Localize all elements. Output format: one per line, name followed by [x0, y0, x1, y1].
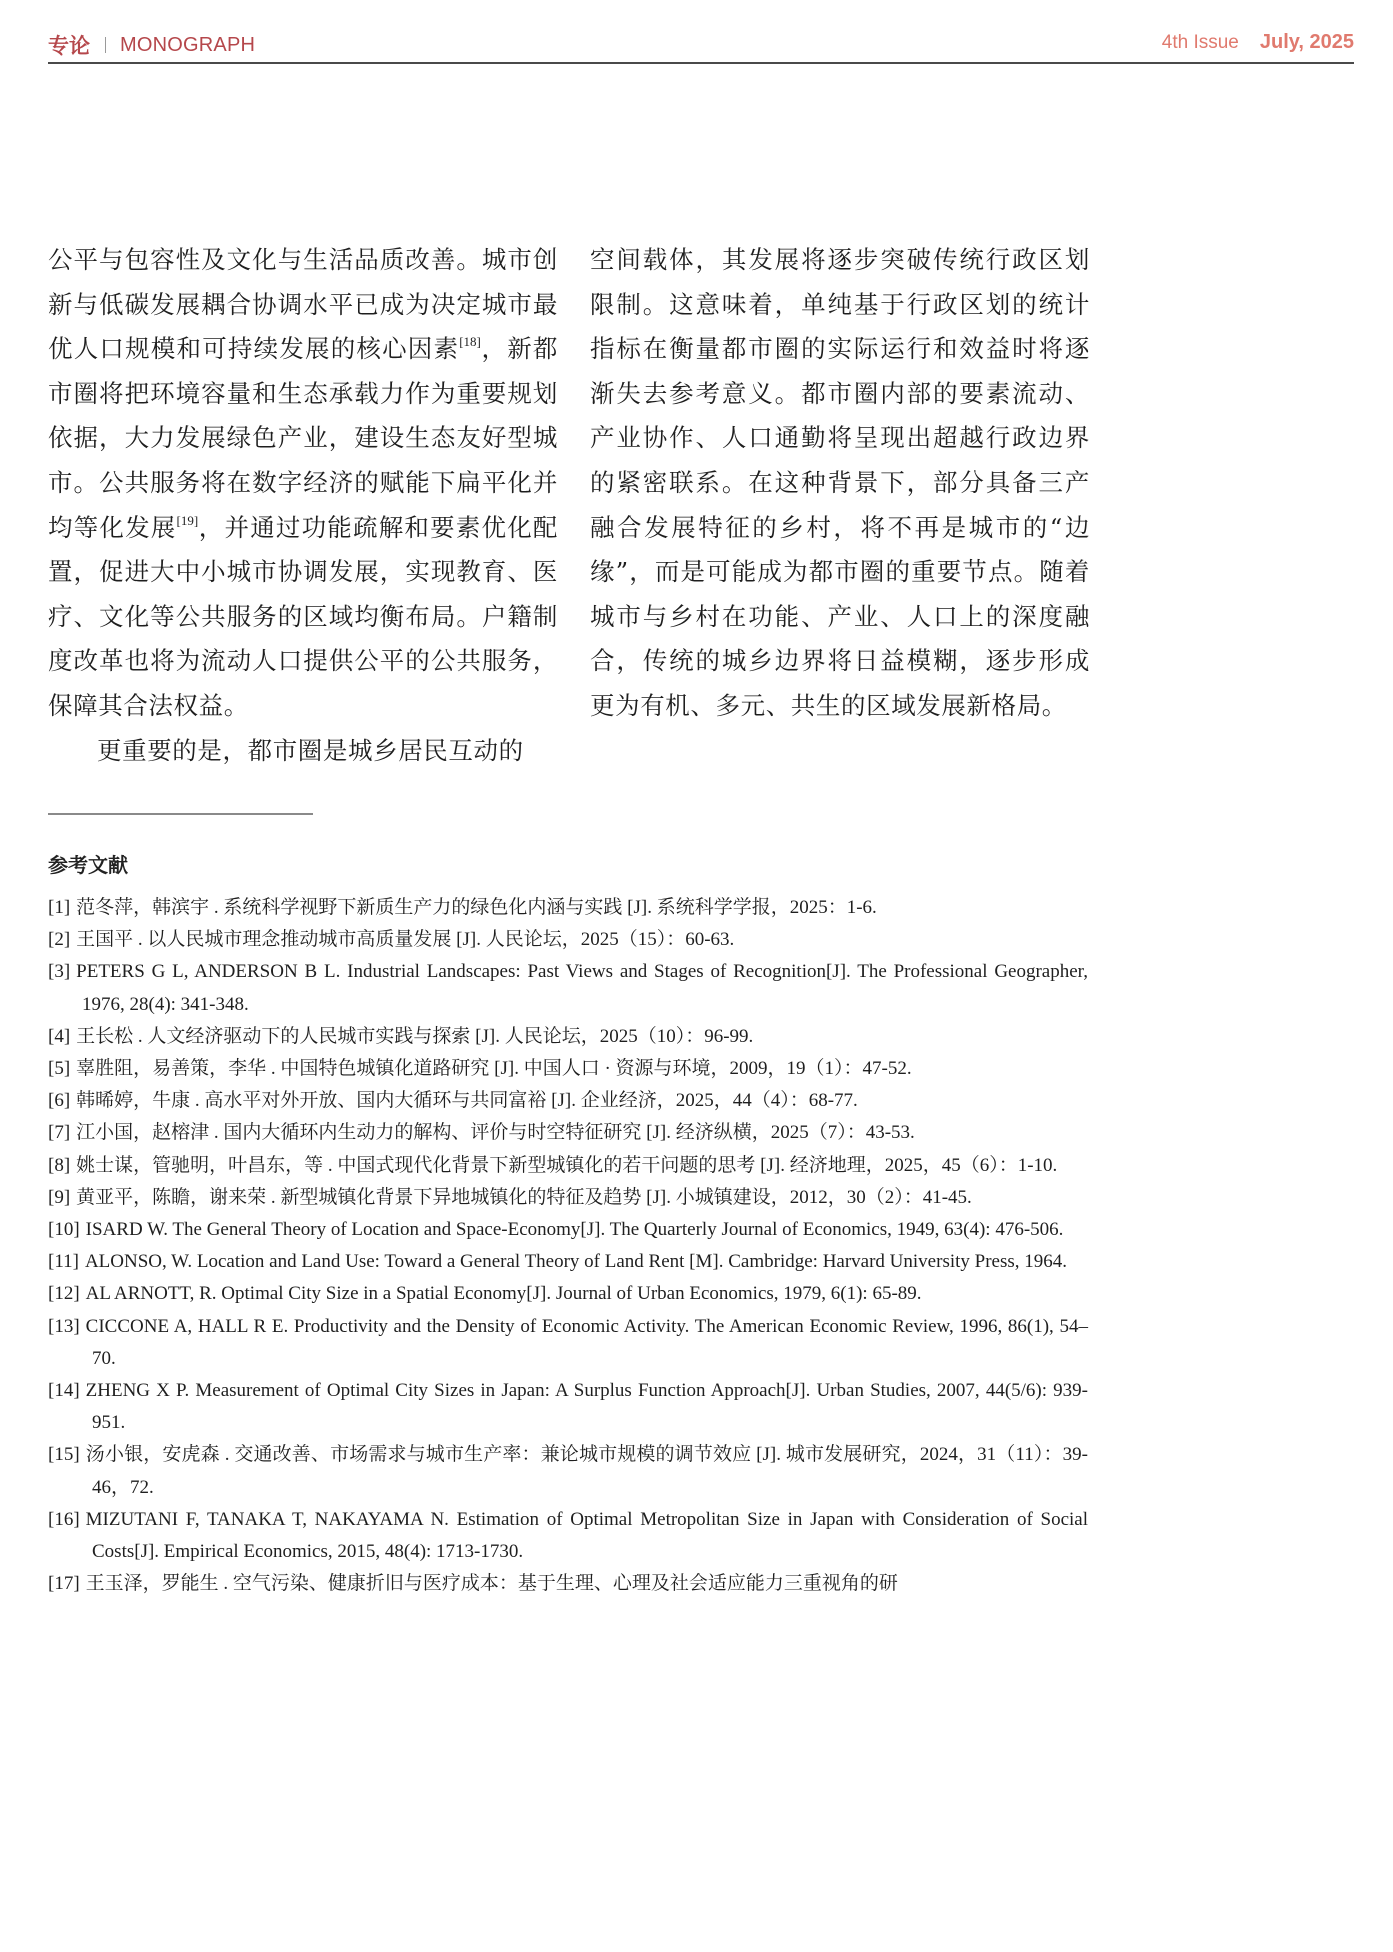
reference-text: ALONSO, W. Location and Land Use: Toward… [85, 1251, 1067, 1272]
reference-text: MIZUTANI F, TANAKA T, NAKAYAMA N. Estima… [86, 1509, 1088, 1562]
reference-number: [14] [48, 1380, 80, 1401]
reference-number: [4] [48, 1026, 70, 1047]
reference-text: 王长松 . 人文经济驱动下的人民城市实践与探索 [J]. 人民论坛，2025（1… [76, 1026, 753, 1047]
reference-item: [14]ZHENG X P. Measurement of Optimal Ci… [48, 1375, 1088, 1439]
section-label: 专论 MONOGRAPH [48, 30, 255, 60]
section-title-cn: 专论 [48, 30, 90, 60]
reference-number: [12] [48, 1283, 80, 1304]
paragraph-text: ，并通过功能疏解和要素优化配置，促进大中小城市协调发展，实现教育、医疗、文化等公… [48, 513, 558, 720]
article-body: 公平与包容性及文化与生活品质改善。城市创新与低碳发展耦合协调水平已成为决定城市最… [48, 238, 1360, 773]
paragraph-text: ，新都市圈将把环境容量和生态承载力作为重要规划依据，大力发展绿色产业，建设生态友… [48, 334, 558, 541]
issue-number: 4th Issue [1162, 32, 1239, 54]
reference-text: 韩晞婷，牛康 . 高水平对外开放、国内大循环与共同富裕 [J]. 企业经济，20… [76, 1090, 858, 1111]
reference-number: [8] [48, 1155, 70, 1176]
section-title-en: MONOGRAPH [120, 34, 255, 57]
reference-number: [5] [48, 1058, 70, 1079]
reference-item: [15]汤小银，安虎森 . 交通改善、市场需求与城市生产率：兼论城市规模的调节效… [48, 1439, 1088, 1503]
reference-number: [13] [48, 1316, 80, 1337]
reference-number: [6] [48, 1090, 70, 1111]
reference-text: 王玉泽，罗能生 . 空气污染、健康折旧与医疗成本：基于生理、心理及社会适应能力三… [86, 1573, 898, 1594]
reference-text: AL ARNOTT, R. Optimal City Size in a Spa… [86, 1283, 922, 1304]
issue-info: 4th Issue July, 2025 [1162, 31, 1354, 54]
reference-item: [16]MIZUTANI F, TANAKA T, NAKAYAMA N. Es… [48, 1504, 1088, 1568]
reference-number: [10] [48, 1219, 80, 1240]
reference-text: ISARD W. The General Theory of Location … [86, 1219, 1064, 1240]
right-column: 空间载体，其发展将逐步突破传统行政区划限制。这意味着，单纯基于行政区划的统计指标… [590, 238, 1090, 773]
reference-item: [4]王长松 . 人文经济驱动下的人民城市实践与探索 [J]. 人民论坛，202… [48, 1021, 1088, 1053]
reference-item: [3]PETERS G L, ANDERSON B L. Industrial … [48, 956, 1088, 1020]
paragraph: 空间载体，其发展将逐步突破传统行政区划限制。这意味着，单纯基于行政区划的统计指标… [590, 238, 1090, 729]
reference-number: [7] [48, 1122, 70, 1143]
reference-text: CICCONE A, HALL R E. Productivity and th… [86, 1316, 1088, 1369]
reference-number: [11] [48, 1251, 79, 1272]
reference-text: 江小国，赵榕津 . 国内大循环内生动力的解构、评价与时空特征研究 [J]. 经济… [76, 1122, 915, 1143]
references-heading: 参考文献 [48, 852, 1088, 880]
reference-text: ZHENG X P. Measurement of Optimal City S… [86, 1380, 1088, 1433]
reference-item: [9]黄亚平，陈瞻，谢来荣 . 新型城镇化背景下异地城镇化的特征及趋势 [J].… [48, 1182, 1088, 1214]
reference-text: 范冬萍，韩滨宇 . 系统科学视野下新质生产力的绿色化内涵与实践 [J]. 系统科… [76, 897, 877, 918]
references-section: 参考文献 [1]范冬萍，韩滨宇 . 系统科学视野下新质生产力的绿色化内涵与实践 … [48, 852, 1088, 1600]
citation: [19] [177, 513, 199, 528]
reference-number: [16] [48, 1509, 80, 1530]
issue-date: July, 2025 [1260, 31, 1354, 54]
reference-item: [6]韩晞婷，牛康 . 高水平对外开放、国内大循环与共同富裕 [J]. 企业经济… [48, 1085, 1088, 1117]
reference-number: [17] [48, 1573, 80, 1594]
paragraph: 公平与包容性及文化与生活品质改善。城市创新与低碳发展耦合协调水平已成为决定城市最… [48, 238, 558, 729]
paragraph: 更重要的是，都市圈是城乡居民互动的 [48, 729, 558, 774]
reference-item: [2]王国平 . 以人民城市理念推动城市高质量发展 [J]. 人民论坛，2025… [48, 924, 1088, 956]
reference-item: [5]辜胜阻，易善策，李华 . 中国特色城镇化道路研究 [J]. 中国人口 · … [48, 1053, 1088, 1085]
page-header: 专论 MONOGRAPH 4th Issue July, 2025 [48, 26, 1354, 64]
reference-text: PETERS G L, ANDERSON B L. Industrial Lan… [76, 961, 1088, 1014]
reference-text: 王国平 . 以人民城市理念推动城市高质量发展 [J]. 人民论坛，2025（15… [76, 929, 734, 950]
reference-text: 姚士谋，管驰明，叶昌东，等 . 中国式现代化背景下新型城镇化的若干问题的思考 [… [76, 1155, 1057, 1176]
reference-item: [13]CICCONE A, HALL R E. Productivity an… [48, 1311, 1088, 1375]
reference-number: [15] [48, 1444, 80, 1465]
reference-item: [10]ISARD W. The General Theory of Locat… [48, 1214, 1088, 1246]
reference-number: [9] [48, 1187, 70, 1208]
reference-list: [1]范冬萍，韩滨宇 . 系统科学视野下新质生产力的绿色化内涵与实践 [J]. … [48, 892, 1088, 1600]
reference-item: [1]范冬萍，韩滨宇 . 系统科学视野下新质生产力的绿色化内涵与实践 [J]. … [48, 892, 1088, 924]
reference-number: [3] [48, 961, 70, 982]
reference-number: [1] [48, 897, 70, 918]
section-divider [48, 813, 313, 815]
reference-text: 辜胜阻，易善策，李华 . 中国特色城镇化道路研究 [J]. 中国人口 · 资源与… [76, 1058, 911, 1079]
reference-text: 汤小银，安虎森 . 交通改善、市场需求与城市生产率：兼论城市规模的调节效应 [J… [86, 1444, 1088, 1497]
reference-text: 黄亚平，陈瞻，谢来荣 . 新型城镇化背景下异地城镇化的特征及趋势 [J]. 小城… [76, 1187, 972, 1208]
reference-item: [8]姚士谋，管驰明，叶昌东，等 . 中国式现代化背景下新型城镇化的若干问题的思… [48, 1150, 1088, 1182]
header-divider [105, 37, 106, 53]
reference-item: [7]江小国，赵榕津 . 国内大循环内生动力的解构、评价与时空特征研究 [J].… [48, 1117, 1088, 1149]
reference-number: [2] [48, 929, 70, 950]
reference-item: [11]ALONSO, W. Location and Land Use: To… [48, 1246, 1088, 1278]
citation: [18] [459, 334, 481, 349]
reference-item: [12]AL ARNOTT, R. Optimal City Size in a… [48, 1278, 1088, 1310]
left-column: 公平与包容性及文化与生活品质改善。城市创新与低碳发展耦合协调水平已成为决定城市最… [48, 238, 558, 773]
reference-item: [17]王玉泽，罗能生 . 空气污染、健康折旧与医疗成本：基于生理、心理及社会适… [48, 1568, 1088, 1600]
